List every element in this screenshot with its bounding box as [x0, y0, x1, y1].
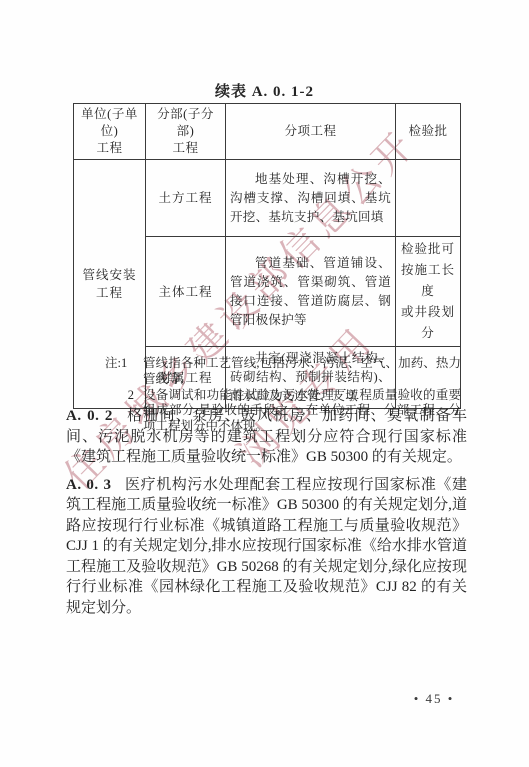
- header-unit-project: 单位(子单位) 工程: [74, 104, 146, 160]
- cell-items: 地基处理、沟槽开挖、沟槽支撑、沟槽回填、基坑开挖、基坑支护、基坑回填: [226, 160, 396, 237]
- clause-number: A. 0. 2: [66, 408, 113, 424]
- header-item-project: 分项工程: [226, 104, 396, 160]
- note-label: 注:1: [105, 356, 143, 388]
- cell-subdivision: 土方工程: [146, 160, 226, 237]
- clause-text: 格栅间、泵房、鼓风机房、加药间、臭氧制备车间、污泥脱水机房等的建筑工程划分应符合…: [66, 408, 467, 465]
- clause-number: A. 0. 3: [66, 477, 111, 493]
- note-item: 注:1 管线指各种工艺管线,包括污水、污泥、空气、加药、热力管线等。: [105, 356, 461, 388]
- table-header-row: 单位(子单位) 工程 分部(子分部) 工程 分项工程 检验批: [74, 104, 461, 160]
- cell-inspection-batch: 检验批可 按施工长度 或井段划分: [396, 237, 461, 347]
- clause-text: 医疗机构污水处理配套工程应按现行国家标准《建筑工程施工质量验收统一标准》GB 5…: [66, 477, 467, 616]
- page-content: 续表 A. 0. 1-2 单位(子单位) 工程 分部(子分部) 工程 分项工程 …: [0, 0, 529, 767]
- page-number: • 45 •: [404, 691, 464, 707]
- header-subdivision-project: 分部(子分部) 工程: [146, 104, 226, 160]
- clause-a02: A. 0. 2格栅间、泵房、鼓风机房、加药间、臭氧制备车间、污泥脱水机房等的建筑…: [66, 406, 467, 468]
- body-paragraphs: A. 0. 2格栅间、泵房、鼓风机房、加药间、臭氧制备车间、污泥脱水机房等的建筑…: [66, 406, 467, 625]
- cell-items: 管道基础、管道铺设、管道浇筑、管渠砌筑、管道接口连接、管道防腐层、钢管阳极保护等: [226, 237, 396, 347]
- document-page: 住房城乡建设部信息公开 浏览专用 续表 A. 0. 1-2 单位(子单位) 工程…: [0, 0, 529, 767]
- clause-a03: A. 0. 3医疗机构污水处理配套工程应按现行国家标准《建筑工程施工质量验收统一…: [66, 475, 467, 619]
- cell-inspection-batch: [396, 160, 461, 237]
- cell-subdivision: 主体工程: [146, 237, 226, 347]
- table-title: 续表 A. 0. 1-2: [0, 80, 529, 101]
- note-text: 管线指各种工艺管线,包括污水、污泥、空气、加药、热力管线等。: [143, 356, 461, 388]
- table-row: 管线安装工程 土方工程 地基处理、沟槽开挖、沟槽支撑、沟槽回填、基坑开挖、基坑支…: [74, 160, 461, 237]
- header-inspection-batch: 检验批: [396, 104, 461, 160]
